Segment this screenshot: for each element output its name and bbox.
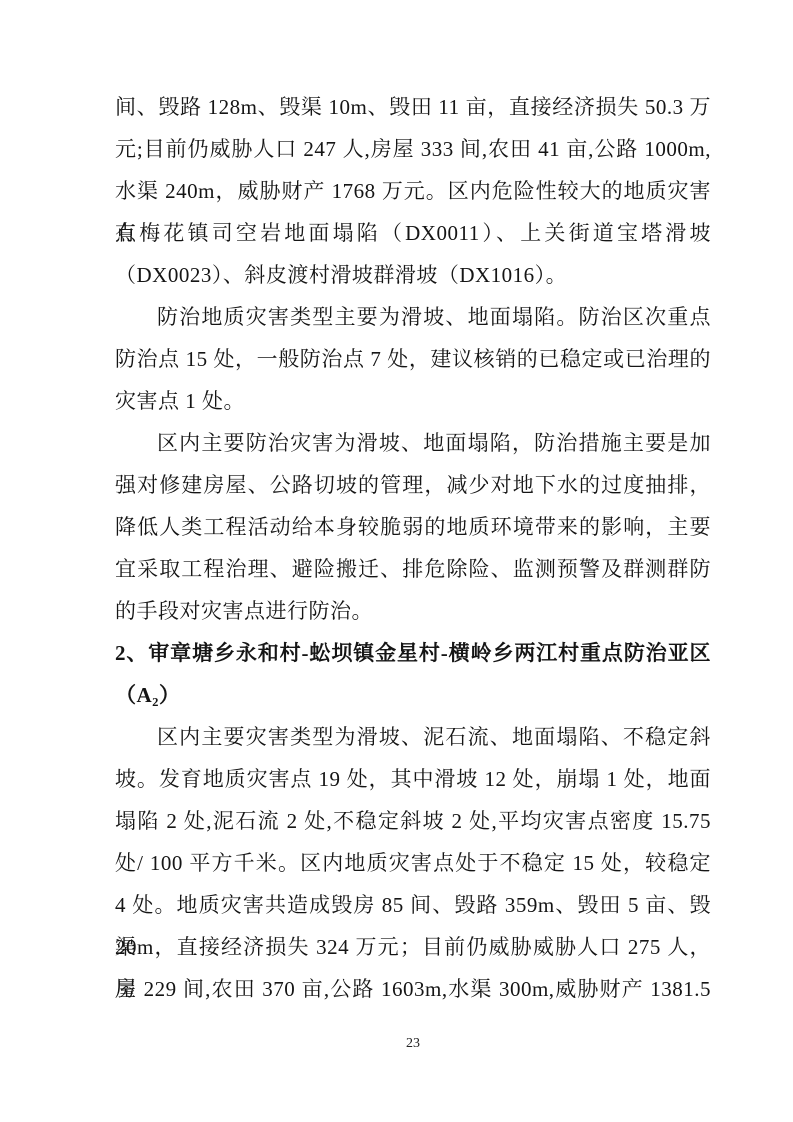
section-heading-line: 2、审章塘乡永和村-蚣坝镇金星村-横岭乡两江村重点防治亚区 (115, 632, 711, 674)
page-body-text: 间、毁路 128m、毁渠 10m、毁田 11 亩，直接经济损失 50.3 万 元… (115, 86, 711, 1010)
text-line: 处/ 100 平方千米。区内地质灾害点处于不稳定 15 处，较稳定 (115, 842, 711, 884)
text-line: 防治地质灾害类型主要为滑坡、地面塌陷。防治区次重点 (115, 296, 711, 338)
text-line: 防治点 15 处，一般防治点 7 处，建议核销的已稳定或已治理的 (115, 338, 711, 380)
document-page: 间、毁路 128m、毁渠 10m、毁田 11 亩，直接经济损失 50.3 万 元… (0, 0, 793, 1122)
text-line: 屋 229 间,农田 370 亩,公路 1603m,水渠 300m,威胁财产 1… (115, 968, 711, 1010)
paragraph: 区内主要灾害类型为滑坡、泥石流、地面塌陷、不稳定斜 坡。发育地质灾害点 19 处… (115, 716, 711, 1010)
text-line: 区内主要灾害类型为滑坡、泥石流、地面塌陷、不稳定斜 (115, 716, 711, 758)
text-line: 的手段对灾害点进行防治。 (115, 590, 711, 632)
text-line: （DX0023）、斜皮渡村滑坡群滑坡（DX1016）。 (115, 254, 711, 296)
text-line: 水渠 240m，威胁财产 1768 万元。区内危险性较大的地质灾害点 (115, 170, 711, 212)
text-line: 元;目前仍威胁人口 247 人,房屋 333 间,农田 41 亩,公路 1000… (115, 128, 711, 170)
text-line: 降低人类工程活动给本身较脆弱的地质环境带来的影响，主要 (115, 506, 711, 548)
section-heading-line: （A₂） (115, 674, 711, 716)
text-line: 塌陷 2 处,泥石流 2 处,不稳定斜坡 2 处,平均灾害点密度 15.75 (115, 800, 711, 842)
text-line: 间、毁路 128m、毁渠 10m、毁田 11 亩，直接经济损失 50.3 万 (115, 86, 711, 128)
text-line: 灾害点 1 处。 (115, 380, 711, 422)
paragraph: 区内主要防治灾害为滑坡、地面塌陷，防治措施主要是加 强对修建房屋、公路切坡的管理… (115, 422, 711, 632)
text-line: 强对修建房屋、公路切坡的管理，减少对地下水的过度抽排， (115, 464, 711, 506)
page-number: 23 (115, 1034, 711, 1054)
text-line: 区内主要防治灾害为滑坡、地面塌陷，防治措施主要是加 (115, 422, 711, 464)
section-heading: 2、审章塘乡永和村-蚣坝镇金星村-横岭乡两江村重点防治亚区 （A₂） (115, 632, 711, 716)
paragraph: 防治地质灾害类型主要为滑坡、地面塌陷。防治区次重点 防治点 15 处，一般防治点… (115, 296, 711, 422)
text-line: 4 处。地质灾害共造成毁房 85 间、毁路 359m、毁田 5 亩、毁渠 (115, 884, 711, 926)
text-line: 坡。发育地质灾害点 19 处，其中滑坡 12 处，崩塌 1 处，地面 (115, 758, 711, 800)
text-line: 20m，直接经济损失 324 万元；目前仍威胁威胁人口 275 人，房 (115, 926, 711, 968)
paragraph: 间、毁路 128m、毁渠 10m、毁田 11 亩，直接经济损失 50.3 万 元… (115, 86, 711, 296)
text-line: 宜采取工程治理、避险搬迁、排危除险、监测预警及群测群防 (115, 548, 711, 590)
text-line: 有梅花镇司空岩地面塌陷（DX0011）、上关街道宝塔滑坡 (115, 212, 711, 254)
